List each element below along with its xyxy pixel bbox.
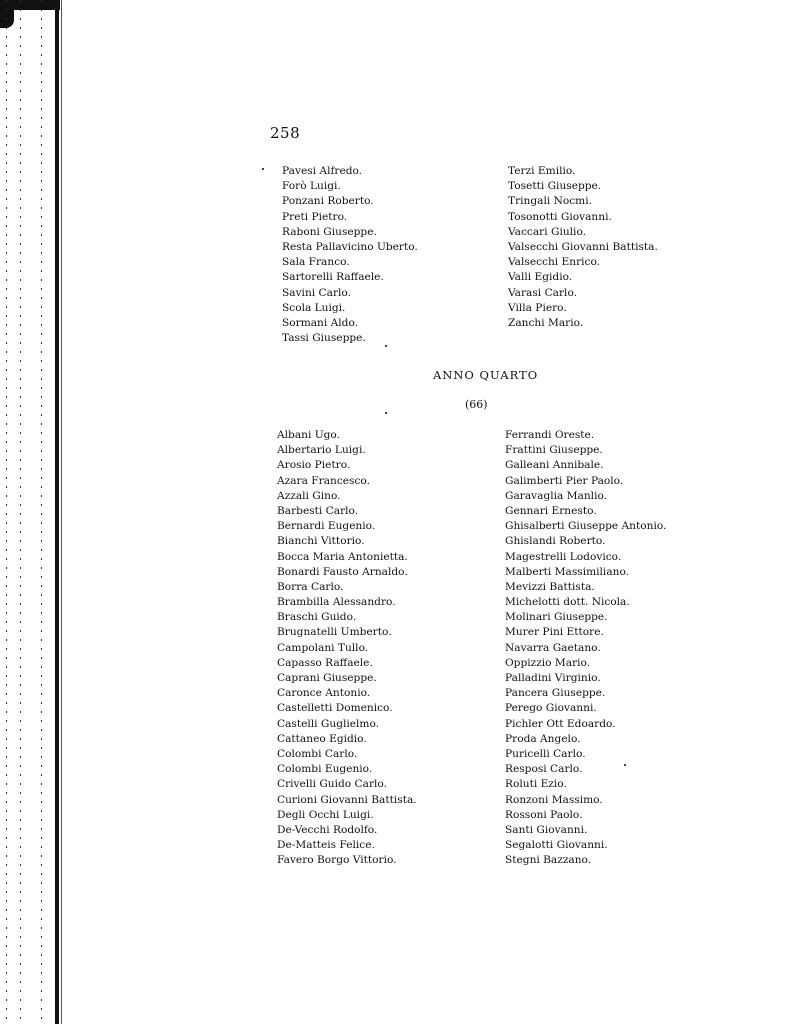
name-entry: Ghisalberti Giuseppe Antonio. (505, 519, 666, 534)
name-entry: Caprani Giuseppe. (277, 671, 417, 686)
name-entry: Santi Giovanni. (505, 823, 666, 838)
name-list-section-left: Albani Ugo.Albertario Luigi.Arosio Pietr… (277, 428, 417, 868)
name-entry: Ferrandi Oreste. (505, 428, 666, 443)
name-entry: Murer Pini Ettore. (505, 625, 666, 640)
name-entry: Caronce Antonio. (277, 686, 417, 701)
scan-speck (262, 168, 264, 170)
name-list-top-right: Terzi Emilio.Tosetti Giuseppe.Tringali N… (508, 164, 658, 331)
name-entry: Terzi Emilio. (508, 164, 658, 179)
name-entry: Zanchi Mario. (508, 316, 658, 331)
name-entry: Valsecchi Giovanni Battista. (508, 240, 658, 255)
name-entry: Capasso Raffaele. (277, 656, 417, 671)
name-entry: Resta Pallavicino Uberto. (282, 240, 418, 255)
name-entry: Pancera Giuseppe. (505, 686, 666, 701)
page-binding-edge-thin (61, 0, 62, 1024)
name-entry: Ponzani Roberto. (282, 194, 418, 209)
name-entry: Tosonotti Giovanni. (508, 210, 658, 225)
name-entry: Brugnatelli Umberto. (277, 625, 417, 640)
name-entry: Puricelli Carlo. (505, 747, 666, 762)
name-entry: Michelotti dott. Nicola. (505, 595, 666, 610)
name-entry: De-Vecchi Rodolfo. (277, 823, 417, 838)
name-entry: Sormani Aldo. (282, 316, 418, 331)
name-entry: Albani Ugo. (277, 428, 417, 443)
name-entry: Preti Pietro. (282, 210, 418, 225)
name-entry: Tosetti Giuseppe. (508, 179, 658, 194)
name-entry: Stegni Bazzano. (505, 853, 666, 868)
name-entry: Valsecchi Enrico. (508, 255, 658, 270)
name-entry: Castelli Guglielmo. (277, 717, 417, 732)
name-entry: Vaccari Giulio. (508, 225, 658, 240)
page-number: 258 (270, 124, 300, 142)
name-entry: Palladini Virginio. (505, 671, 666, 686)
name-entry: Bianchi Vittorio. (277, 534, 417, 549)
name-entry: Bocca Maria Antonietta. (277, 550, 417, 565)
scan-margin-artifact (0, 0, 64, 1024)
name-entry: Brambilla Alessandro. (277, 595, 417, 610)
name-entry: Cattaneo Egidio. (277, 732, 417, 747)
scan-noise-line (20, 0, 21, 1024)
scan-noise-line (6, 0, 7, 1024)
name-entry: Ronzoni Massimo. (505, 793, 666, 808)
name-entry: Campolani Tullo. (277, 641, 417, 656)
section-count: (66) (465, 398, 488, 411)
name-entry: Roluti Ezio. (505, 777, 666, 792)
name-entry: Segalotti Giovanni. (505, 838, 666, 853)
name-entry: Rossoni Paolo. (505, 808, 666, 823)
name-entry: De-Matteis Felice. (277, 838, 417, 853)
name-entry: Malberti Massimiliano. (505, 565, 666, 580)
scan-noise-line (41, 0, 42, 1024)
name-entry: Villa Piero. (508, 301, 658, 316)
name-entry: Degli Occhi Luigi. (277, 808, 417, 823)
name-entry: Frattini Giuseppe. (505, 443, 666, 458)
name-entry: Valli Egidio. (508, 270, 658, 285)
name-entry: Perego Giovanni. (505, 701, 666, 716)
name-entry: Forò Luigi. (282, 179, 418, 194)
name-entry: Favero Borgo Vittorio. (277, 853, 417, 868)
name-entry: Azzali Gino. (277, 489, 417, 504)
name-entry: Borra Carlo. (277, 580, 417, 595)
name-list-top-left: Pavesi Alfredo.Forò Luigi.Ponzani Robert… (282, 164, 418, 346)
name-entry: Arosio Pietro. (277, 458, 417, 473)
name-entry: Varasi Carlo. (508, 286, 658, 301)
name-entry: Tassi Giuseppe. (282, 331, 418, 346)
name-entry: Pavesi Alfredo. (282, 164, 418, 179)
name-entry: Resposi Carlo. (505, 762, 666, 777)
name-entry: Azara Francesco. (277, 474, 417, 489)
name-entry: Crivelli Guido Carlo. (277, 777, 417, 792)
name-entry: Raboni Giuseppe. (282, 225, 418, 240)
name-entry: Sala Franco. (282, 255, 418, 270)
name-entry: Savini Carlo. (282, 286, 418, 301)
name-entry: Sartorelli Raffaele. (282, 270, 418, 285)
name-entry: Gennari Ernesto. (505, 504, 666, 519)
scan-speck (624, 764, 626, 766)
name-entry: Curioni Giovanni Battista. (277, 793, 417, 808)
name-entry: Magestrelli Lodovico. (505, 550, 666, 565)
name-entry: Braschi Guido. (277, 610, 417, 625)
scan-corner-fold (0, 0, 14, 28)
name-entry: Navarra Gaetano. (505, 641, 666, 656)
name-entry: Galimberti Pier Paolo. (505, 474, 666, 489)
name-entry: Molinari Giuseppe. (505, 610, 666, 625)
name-entry: Tringali Nocmi. (508, 194, 658, 209)
name-entry: Colombi Carlo. (277, 747, 417, 762)
name-entry: Ghislandi Roberto. (505, 534, 666, 549)
name-entry: Garavaglia Manlio. (505, 489, 666, 504)
name-entry: Bernardi Eugenio. (277, 519, 417, 534)
name-entry: Galleani Annibale. (505, 458, 666, 473)
scan-speck (385, 345, 387, 347)
name-entry: Colombi Eugenio. (277, 762, 417, 777)
name-entry: Pichler Ott Edoardo. (505, 717, 666, 732)
name-entry: Scola Luigi. (282, 301, 418, 316)
name-entry: Oppizzio Mario. (505, 656, 666, 671)
name-entry: Bonardi Fausto Arnaldo. (277, 565, 417, 580)
name-entry: Proda Angelo. (505, 732, 666, 747)
section-title: ANNO QUARTO (433, 368, 538, 382)
name-list-section-right: Ferrandi Oreste.Frattini Giuseppe.Gallea… (505, 428, 666, 868)
name-entry: Castelletti Domenico. (277, 701, 417, 716)
page-binding-edge (55, 0, 59, 1024)
name-entry: Mevizzi Battista. (505, 580, 666, 595)
name-entry: Barbesti Carlo. (277, 504, 417, 519)
name-entry: Albertario Luigi. (277, 443, 417, 458)
scan-speck (385, 412, 387, 414)
